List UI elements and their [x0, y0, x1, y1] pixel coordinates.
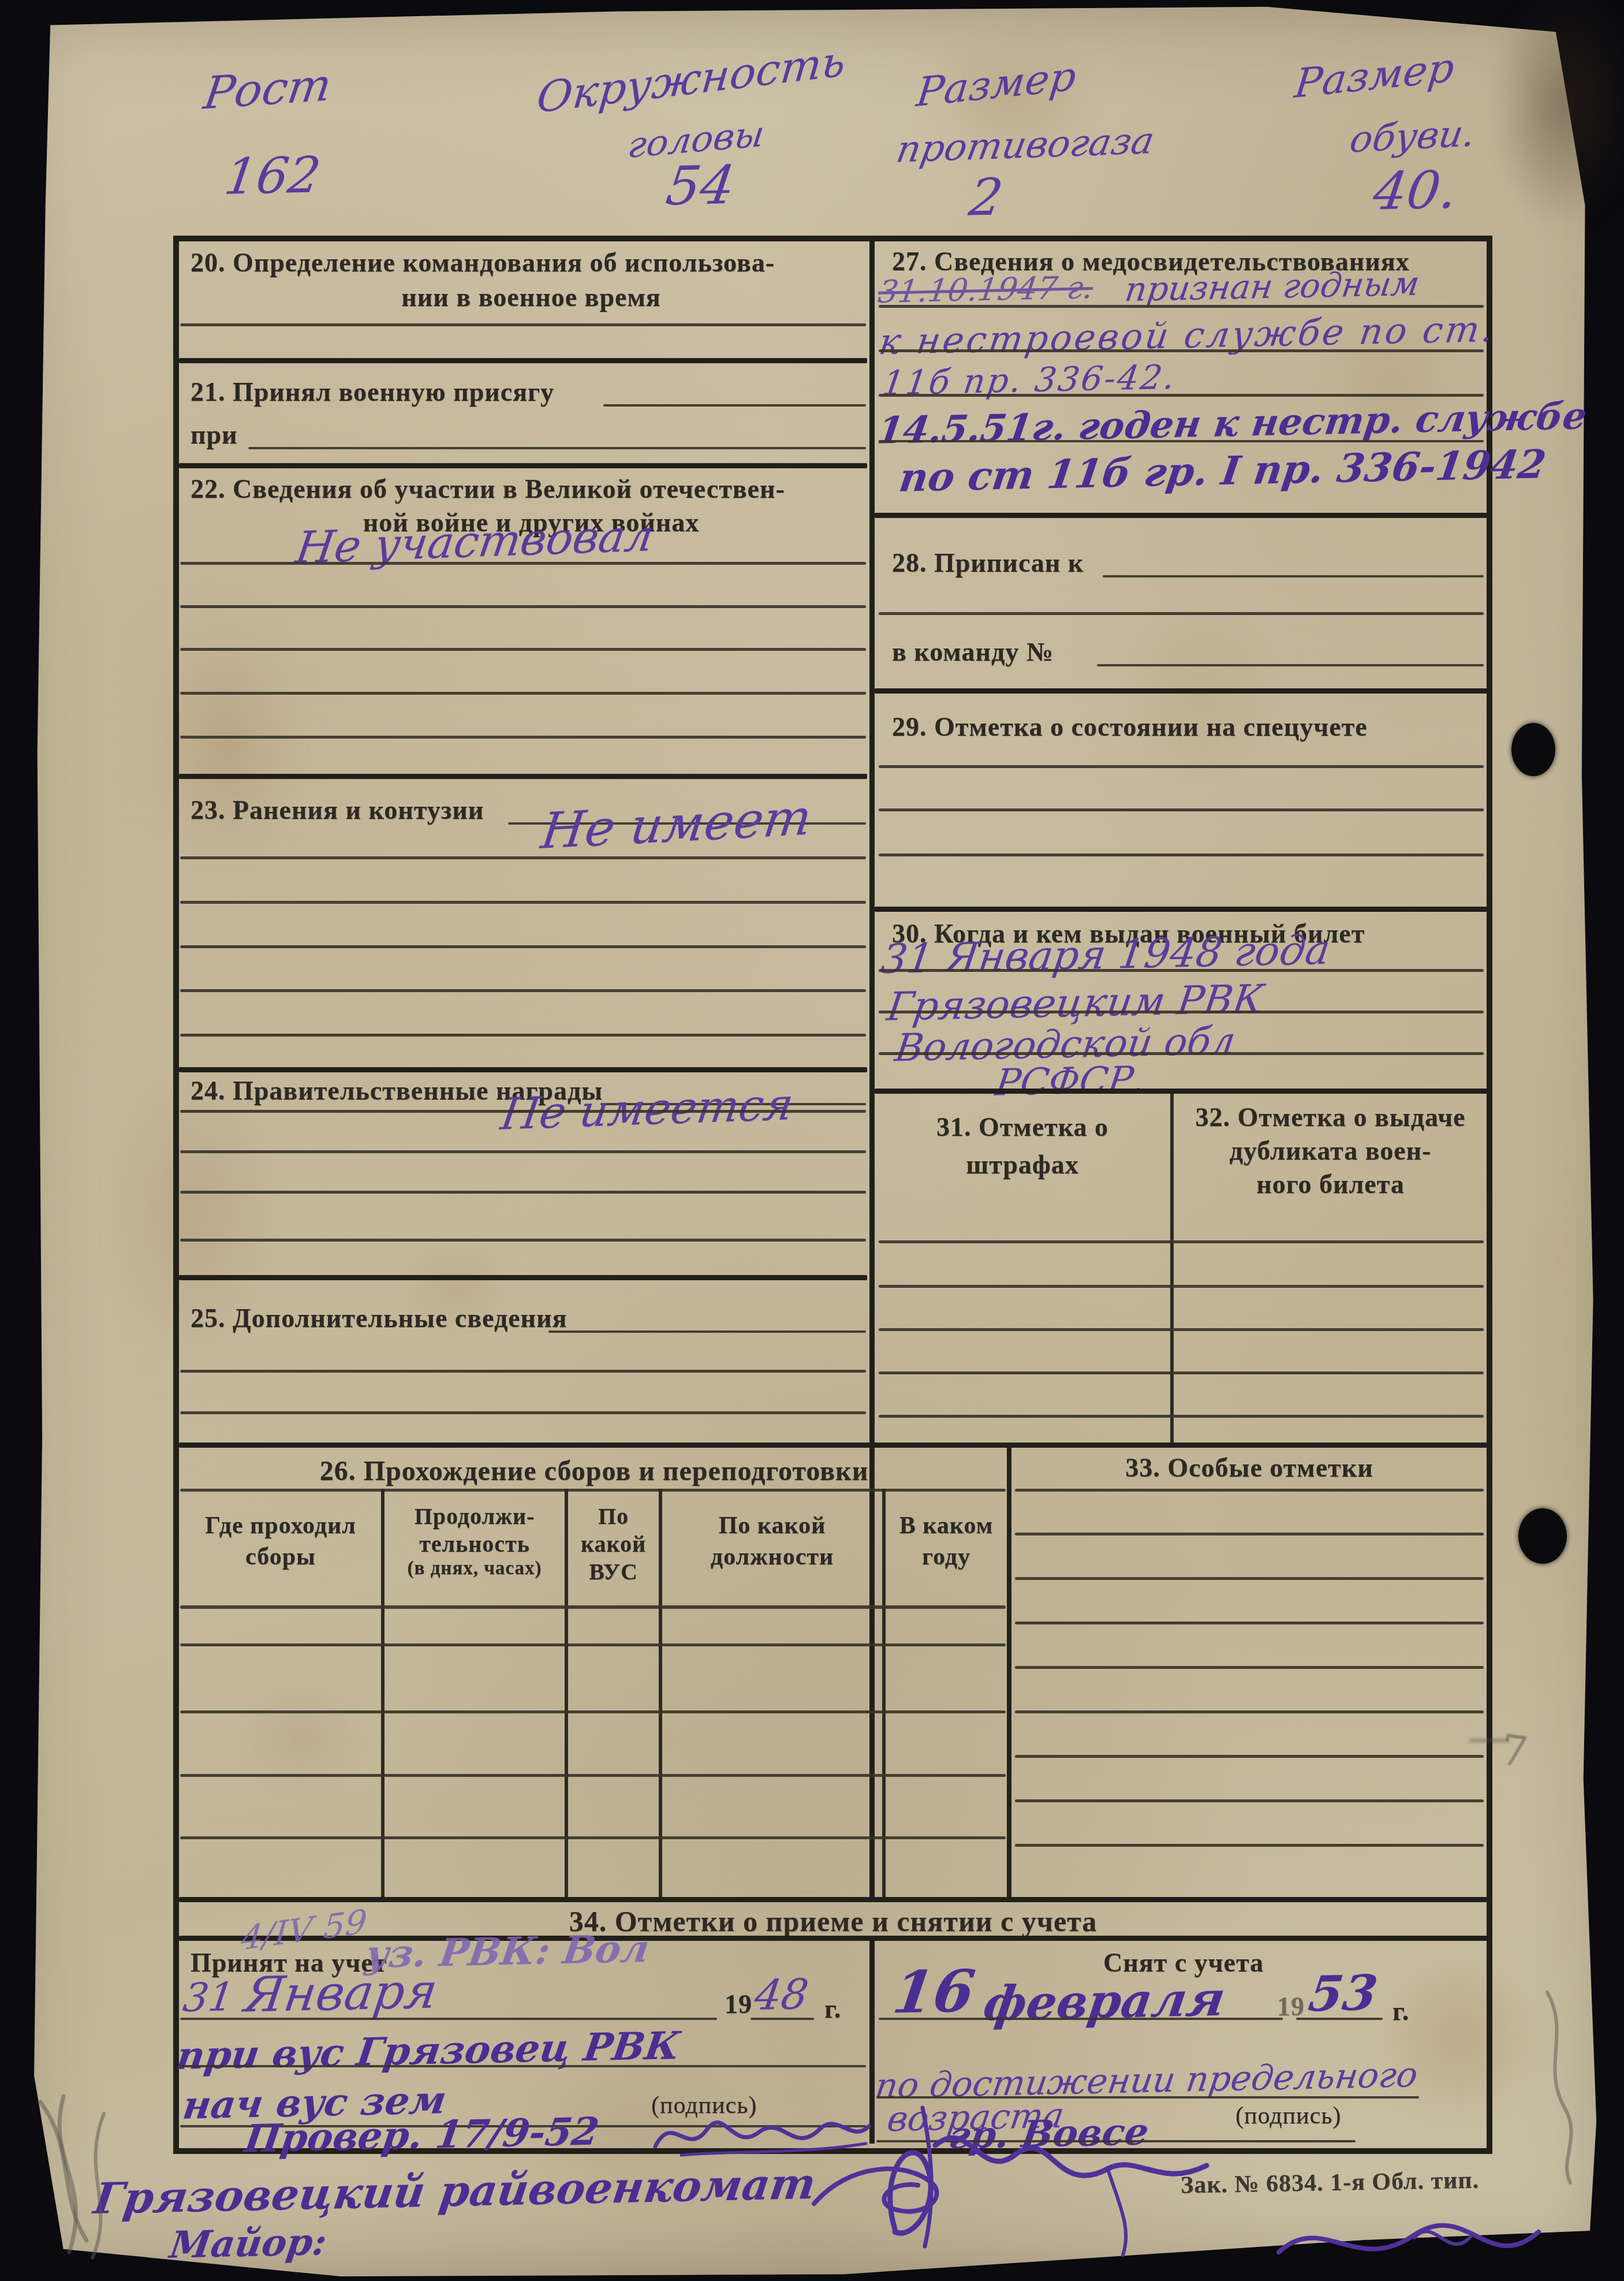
ruled-line [1015, 1489, 1484, 1492]
ruled-line [879, 969, 1484, 972]
ruled-line [879, 1011, 1484, 1013]
note-head-circumference-value: 54 [662, 154, 738, 217]
section-divider [875, 907, 1487, 912]
ruled-line [879, 808, 1484, 811]
scanned-military-card: Рост 162 Окружность головы 54 Размер про… [0, 0, 1624, 2281]
ruled-line [180, 736, 866, 739]
ruled-line [1015, 1666, 1484, 1669]
date-underline [1296, 2018, 1383, 2020]
ruled-line [180, 692, 866, 695]
accepted-year-print: 19 [725, 1989, 752, 2019]
removed-year-suffix: г. [1392, 1996, 1409, 2026]
section27-entry1: признан годным [1123, 264, 1422, 310]
ruled-line [879, 394, 1484, 397]
ruled-line [1015, 1799, 1484, 1802]
note-height-value: 162 [221, 146, 324, 206]
ruled-line [180, 1110, 866, 1113]
col-where-label: Где проходил [180, 1512, 381, 1540]
ruled-line [180, 605, 866, 608]
removed-year-handwriting: 53 [1305, 1964, 1381, 2022]
col-vus-label3: ВУС [568, 1558, 659, 1585]
pencil-smudge [1469, 1738, 1510, 1743]
pencil-side-scribble [1536, 1986, 1588, 2194]
section26-title: 26. Прохождение сборов и переподготовки [179, 1455, 1009, 1487]
ruled-line [180, 945, 866, 948]
table-row-line [879, 1328, 1484, 1331]
accepted-month-handwriting: Января [241, 1963, 441, 2023]
note-shoes-value: 40. [1370, 160, 1461, 222]
ruled-line [248, 447, 866, 449]
ruled-line [879, 305, 1484, 308]
ruled-line [548, 1330, 866, 1333]
ruled-line [1015, 1577, 1484, 1580]
ruled-line [879, 765, 1484, 768]
accepted-day-handwriting: 31 [180, 1974, 237, 2021]
removed-month-handwriting: февраля [980, 1971, 1229, 2032]
section28-title: 28. Приписан к [892, 547, 1084, 578]
ruled-line [180, 1370, 866, 1373]
accepted-year-suffix: г. [824, 1993, 841, 2024]
ruled-line [180, 856, 866, 859]
ruled-line [180, 1191, 866, 1194]
table-row-line [879, 1371, 1484, 1374]
section31-title: 31. Отметка о [875, 1112, 1170, 1142]
ruled-line [879, 612, 1484, 615]
center-divider [869, 241, 875, 1897]
section21-line2: при [191, 419, 238, 450]
section-divider [179, 358, 867, 363]
ruled-line [1097, 664, 1484, 666]
table-right-border [1007, 1443, 1011, 1897]
section32-title2: дубликата воен- [1174, 1135, 1487, 1166]
section28-line2: в команду № [892, 636, 1054, 667]
col-vus-label2: какой [568, 1530, 659, 1557]
pencil-scribble [23, 2079, 156, 2269]
section32-title: 32. Отметка о выдаче [1174, 1102, 1487, 1132]
date-underline [879, 2018, 1283, 2020]
ruled-line [1015, 1755, 1484, 1758]
col-where-label2: сборы [180, 1543, 381, 1571]
note-shoes-label2: обуви. [1347, 112, 1478, 161]
section33-title: 33. Особые отметки [1011, 1452, 1487, 1483]
accepted-year-handwriting: 48 [752, 1970, 811, 2019]
table-row-line [180, 1774, 1006, 1777]
section30-entry1-handwriting: 31 Января 1948 года [878, 926, 1333, 983]
section-divider [179, 774, 867, 779]
punch-hole [1518, 1508, 1567, 1564]
section25-title: 25. Дополнительные сведения [191, 1303, 568, 1333]
table-row-line [180, 1710, 1006, 1713]
col-duration-label: Продолжи- [384, 1503, 565, 1530]
ruled-line [879, 1052, 1484, 1055]
ruled-line [180, 1239, 866, 1242]
col-vus-label: По [568, 1503, 659, 1530]
section21-title: 21. Принял военную присягу [191, 377, 554, 407]
section-divider [179, 463, 867, 468]
table-row-line [180, 1836, 1006, 1839]
col-position-label: По какой [662, 1512, 882, 1540]
section22-title: 22. Сведения об участии в Великой отечес… [191, 474, 785, 504]
col-duration-label2: тельность [384, 1530, 565, 1557]
ruled-line [1103, 575, 1484, 577]
ruled-line [180, 901, 866, 904]
section-divider [875, 1089, 1487, 1094]
section-divider [179, 1067, 867, 1072]
rank-handwriting: Майор: [167, 2220, 329, 2267]
ruled-line [180, 989, 866, 992]
section-divider [875, 513, 1487, 518]
section-divider [179, 1275, 867, 1280]
section20-title2: нии в военное время [242, 282, 820, 312]
ruled-line [180, 1034, 866, 1037]
table-top-border [179, 1443, 1487, 1448]
section23-title: 23. Ранения и контузии [191, 795, 484, 825]
section31-title2: штрафах [875, 1149, 1170, 1180]
ruled-line [180, 1411, 866, 1414]
col-year-label: В каком [886, 1512, 1007, 1540]
ruled-line [180, 562, 866, 565]
section-divider [875, 688, 1487, 694]
signature-over-imprint [1270, 2200, 1547, 2281]
note-height-label: Рост [200, 59, 335, 120]
ruled-line [1015, 1844, 1484, 1847]
ruled-line [180, 1150, 866, 1153]
table-row-line [879, 1285, 1484, 1288]
signature-caption-right: (подпись) [1235, 2102, 1341, 2130]
section30-entry4-handwriting: РСФСР. [993, 1058, 1148, 1104]
table-row-line [879, 1415, 1484, 1418]
punch-hole [1511, 723, 1555, 776]
ruled-line [1015, 1710, 1484, 1713]
table-row-line [180, 1643, 1006, 1646]
ruled-line [879, 853, 1484, 856]
section-divider [179, 1897, 1487, 1902]
section32-title3: ного билета [1174, 1169, 1487, 1199]
section24-entry-handwriting: Не имеется [498, 1078, 797, 1139]
table-header-bottom [180, 1605, 1006, 1609]
ruled-line [180, 323, 866, 326]
ruled-line [180, 648, 866, 651]
section29-title: 29. Отметка о состоянии на спецучете [892, 711, 1368, 742]
date-underline [180, 2018, 717, 2020]
ruled-line [879, 349, 1484, 352]
removed-day-handwriting: 16 [889, 1957, 979, 2027]
ruled-line [879, 440, 1484, 442]
table-row-line [879, 1240, 1484, 1243]
col-year-label2: году [886, 1543, 1007, 1571]
col-position-label2: должности [662, 1543, 882, 1571]
section20-title: 20. Определение командования об использо… [191, 247, 775, 278]
ruled-line [603, 404, 866, 407]
flourish-curl [802, 2152, 953, 2227]
verified-note-handwriting: Провер. 17/9-52 [242, 2109, 602, 2161]
ruled-line [180, 2065, 866, 2067]
ruled-line [1015, 1533, 1484, 1535]
ruled-line [1015, 1622, 1484, 1624]
date-underline [751, 2018, 814, 2020]
col-duration-label3: (в днях, часах) [384, 1558, 565, 1579]
section27-entry1-struck: 31.10.1947 г. [876, 269, 1096, 310]
